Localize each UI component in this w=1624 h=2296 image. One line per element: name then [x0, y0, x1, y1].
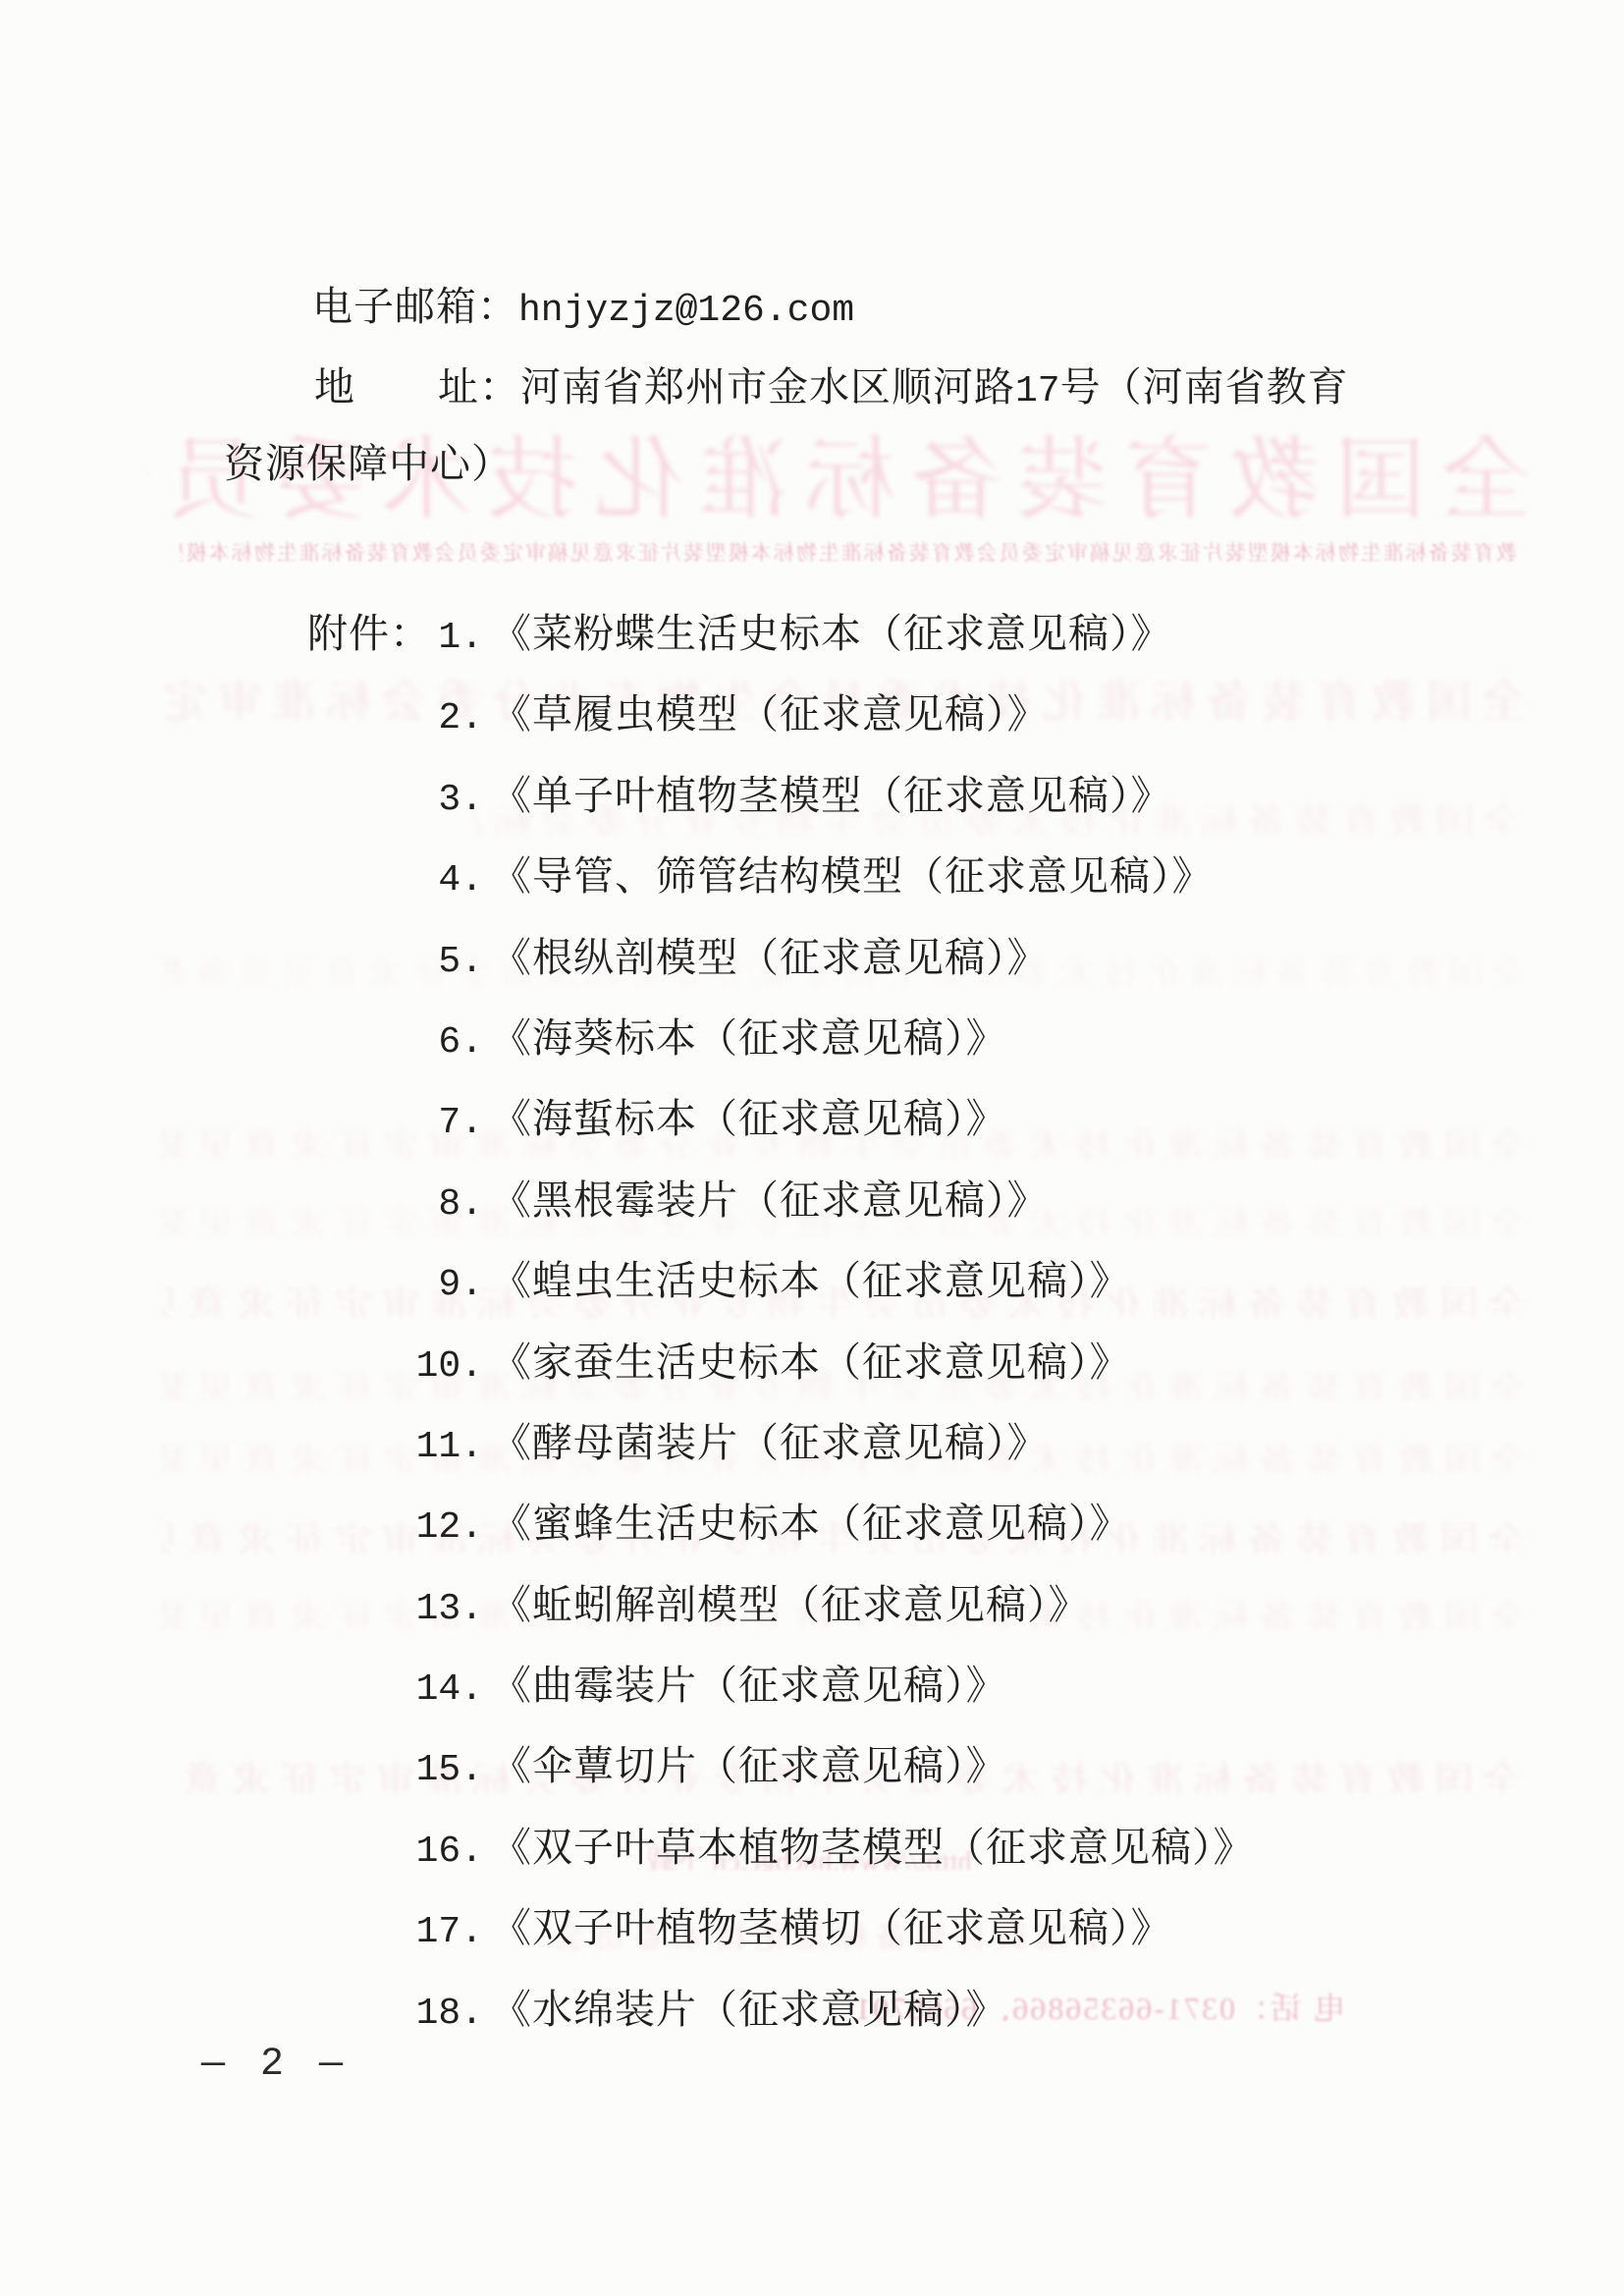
address-part2: 号（河南省教育 [1060, 364, 1349, 410]
attachment-number: 8. [412, 1183, 483, 1226]
attachment-number: 15. [412, 1749, 483, 1791]
attachment-item: 12.《蜜蜂生活史标本（征求意见稿）》 [412, 1491, 1255, 1571]
attachment-item: 2.《草履虫模型（征求意见稿）》 [412, 682, 1255, 762]
attachment-title: 《草履虫模型（征求意见稿）》 [491, 691, 1049, 737]
address-line2-text: 资源保障中心） [224, 441, 513, 486]
attachment-title: 《曲霉装片（征求意见稿）》 [491, 1663, 1007, 1708]
attachment-item: 7.《海蜇标本（征求意见稿）》 [412, 1086, 1255, 1167]
attachment-title: 《黑根霉装片（征求意见稿）》 [491, 1177, 1049, 1223]
address-label: 地 址： [314, 364, 520, 410]
attachment-number: 3. [412, 779, 483, 821]
email-value: hnjyzjz@126.com [518, 290, 854, 332]
attachment-item: 6.《海葵标本（征求意见稿）》 [412, 1006, 1255, 1086]
page-number: — 2 — [201, 2043, 349, 2087]
attachment-title: 《菜粉蝶生活史标本（征求意见稿）》 [491, 611, 1172, 656]
attachment-item: 4.《导管、筛管结构模型（征求意见稿）》 [412, 844, 1255, 924]
scanned-document-page: 全国教育装备标准化技术委员会生物专业分委会标准审定征求意见装备教育标准化技术生物… [0, 0, 1624, 2296]
attachment-title: 《蚯蚓解剖模型（征求意见稿）》 [491, 1582, 1090, 1627]
email-line: 电子邮箱：hnjyzjz@126.com [312, 283, 854, 334]
attachment-title: 《根纵剖模型（征求意见稿）》 [491, 935, 1049, 980]
attachment-title: 《蜜蜂生活史标本（征求意见稿）》 [491, 1501, 1131, 1546]
address-line-2: 资源保障中心） [224, 440, 513, 487]
attachment-title: 《蝗虫生活史标本（征求意见稿）》 [491, 1258, 1131, 1303]
attachment-number: 14. [412, 1668, 483, 1711]
attachment-item: 5.《根纵剖模型（征求意见稿）》 [412, 925, 1255, 1006]
attachment-item: 17.《双子叶植物茎横切（征求意见稿）》 [412, 1895, 1255, 1976]
attachment-item: 13.《蚯蚓解剖模型（征求意见稿）》 [412, 1572, 1255, 1653]
attachment-item: 14.《曲霉装片（征求意见稿）》 [412, 1653, 1255, 1733]
attachment-title: 《酵母菌装片（征求意见稿）》 [491, 1420, 1049, 1465]
attachment-number: 12. [412, 1506, 483, 1549]
email-label: 电子邮箱： [312, 284, 518, 329]
attachment-number: 5. [412, 941, 483, 983]
attachment-item: 15.《伞蕈切片（征求意见稿）》 [412, 1733, 1255, 1814]
attachment-item: 18.《水绵装片（征求意见稿）》 [412, 1977, 1255, 2057]
attachment-title: 《家蚕生活史标本（征求意见稿）》 [491, 1339, 1131, 1385]
attachment-item: 11.《酵母菌装片（征求意见稿）》 [412, 1410, 1255, 1491]
attachment-item: 8.《黑根霉装片（征求意见稿）》 [412, 1168, 1255, 1248]
attachment-title: 《单子叶植物茎模型（征求意见稿）》 [491, 773, 1172, 818]
attachment-title: 《海葵标本（征求意见稿）》 [491, 1015, 1007, 1061]
attachment-number: 11. [412, 1426, 483, 1468]
attachment-item: 16.《双子叶草本植物茎模型（征求意见稿）》 [412, 1815, 1255, 1895]
address-part1: 河南省郑州市金水区顺河路 [520, 364, 1015, 410]
attachment-item: 1.《菜粉蝶生活史标本（征求意见稿）》 [412, 601, 1255, 682]
attachment-number: 10. [412, 1345, 483, 1388]
attachment-number: 16. [412, 1831, 483, 1873]
attachment-title: 《导管、筛管结构模型（征求意见稿）》 [491, 853, 1214, 899]
attachment-number: 2. [412, 697, 483, 739]
attachment-item: 9.《蝗虫生活史标本（征求意见稿）》 [412, 1248, 1255, 1329]
attachment-number: 1. [412, 617, 483, 659]
attachment-title: 《双子叶草本植物茎模型（征求意见稿）》 [491, 1825, 1255, 1870]
attachments-list: 1.《菜粉蝶生活史标本（征求意见稿）》 2.《草履虫模型（征求意见稿）》 3.《… [412, 601, 1255, 2057]
attachment-number: 18. [412, 1993, 483, 2035]
attachment-title: 《伞蕈切片（征求意见稿）》 [491, 1743, 1007, 1788]
attachment-title: 《海蜇标本（征求意见稿）》 [491, 1096, 1007, 1141]
attachment-item: 10.《家蚕生活史标本（征求意见稿）》 [412, 1330, 1255, 1410]
attachment-number: 7. [412, 1102, 483, 1144]
address-line-1: 地 址：河南省郑州市金水区顺河路17号（河南省教育 [314, 363, 1349, 414]
attachment-number: 13. [412, 1588, 483, 1630]
address-number: 17 [1015, 370, 1060, 412]
attachment-item: 3.《单子叶植物茎模型（征求意见稿）》 [412, 763, 1255, 844]
attachment-title: 《水绵装片（征求意见稿）》 [491, 1987, 1007, 2032]
attachment-number: 9. [412, 1264, 483, 1306]
attachment-number: 6. [412, 1021, 483, 1064]
attachment-number: 17. [412, 1911, 483, 1953]
bleedthrough-rule-band: 教育装备标准生物标本模型装片征求意见稿审定委员会教育装备标准生物标本模型装片征求… [180, 537, 1517, 562]
attachment-title: 《双子叶植物茎横切（征求意见稿）》 [491, 1905, 1172, 1950]
attachment-number: 4. [412, 859, 483, 902]
